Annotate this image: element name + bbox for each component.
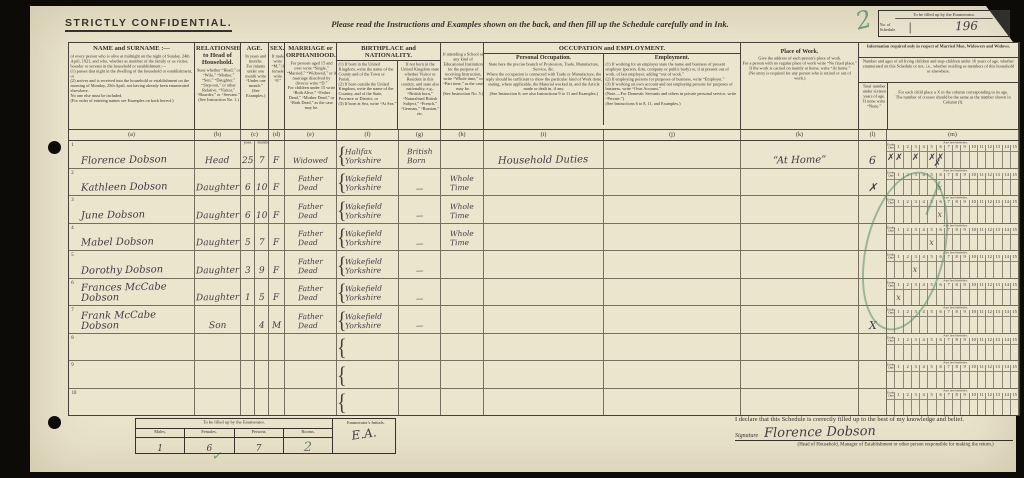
- place-of-work-cell: [741, 389, 859, 416]
- age-number-cell: 9: [961, 338, 969, 344]
- nationality-cell: —: [399, 251, 441, 278]
- age-number-cell: 6: [937, 283, 945, 289]
- age-number-cell: 11: [978, 310, 986, 316]
- row-number: 2: [71, 170, 73, 175]
- relationship-cell: Daughter: [195, 251, 241, 278]
- age-number-cell: 14: [1003, 310, 1011, 316]
- age-grid-cell: [937, 400, 945, 416]
- age-last-birthday-label: Age last birthday.: [915, 361, 991, 363]
- age-number-cell: 12: [986, 173, 994, 179]
- employment-cell: [604, 251, 741, 278]
- age-years-cell: 6: [241, 196, 255, 223]
- handwritten-entry: British Born: [407, 147, 433, 166]
- age-grid-cell: [895, 345, 903, 361]
- age-grid-cell: [1003, 317, 1011, 333]
- age-grid-cell: [1011, 400, 1018, 416]
- age-grid-cell: [912, 372, 920, 388]
- handwritten-entry: Father Dead: [298, 284, 323, 303]
- age-grid-cell: [978, 180, 986, 196]
- age-grid-cell: [970, 207, 978, 223]
- handwritten-entry: Florence Dobson: [81, 155, 167, 166]
- age-number-cell: 5: [928, 310, 936, 316]
- relationship-cell: [195, 389, 241, 416]
- age-number-cell: 12: [986, 393, 994, 399]
- handwritten-entry: 6: [245, 211, 251, 220]
- age-number-cell: 10: [970, 145, 978, 151]
- col-total-children-header: Total number under sixteen years of age.…: [859, 83, 888, 129]
- place-of-work-cell: [741, 279, 859, 306]
- handwritten-entry: F: [273, 184, 279, 193]
- birthplace-cell: {Wakefield Yorkshire: [337, 306, 399, 333]
- signature-note: (Head of Household, Manager of Establish…: [798, 441, 951, 447]
- age-number-cell: 2: [904, 145, 912, 151]
- sex-cell: M: [269, 306, 285, 333]
- age-grid-cell: [953, 207, 961, 223]
- age-number-cell: 10: [970, 338, 978, 344]
- handwritten-entry: M: [272, 321, 281, 330]
- age-grid-cell: [1003, 207, 1011, 223]
- under-one-cell: Under One: [887, 173, 895, 179]
- age-grid-cell: [994, 262, 1002, 278]
- age-grid-cell: [994, 345, 1002, 361]
- place-of-work-cell: [741, 196, 859, 223]
- col-occupation-header: Personal Occupation. State here the prec…: [484, 54, 604, 125]
- age-grid-cell: [895, 400, 903, 416]
- total-children-cell: ✗: [859, 169, 887, 196]
- age-number-cell: 15: [1011, 255, 1018, 261]
- col-place-of-work-header: Place of Work. Give the address of each …: [741, 43, 859, 129]
- schedule-row: 9{Age last birthday.Under One12345678910…: [69, 361, 1019, 389]
- age-grid-cell: [986, 207, 994, 223]
- employment-cell: [604, 169, 741, 196]
- handwritten-entry: 25: [242, 156, 254, 165]
- age-number-cell: 8: [953, 228, 961, 234]
- handwritten-entry: Whole Time: [450, 229, 474, 248]
- age-number-cell: 3: [912, 393, 920, 399]
- age-grid-cell: [1011, 235, 1018, 251]
- handwritten-entry: Head: [205, 156, 229, 165]
- age-grid-cell: [961, 400, 969, 416]
- handwritten-entry: Widowed: [293, 156, 328, 166]
- marriage-cell: Widowed: [285, 141, 337, 168]
- age-number-cell: 8: [953, 310, 961, 316]
- age-grid-cell: [887, 372, 895, 388]
- age-grid-cell: [912, 345, 920, 361]
- handwritten-entry: F: [273, 294, 279, 303]
- handwritten-entry: Wakefield Yorkshire: [345, 174, 382, 193]
- printed-brace: {: [337, 364, 347, 387]
- age-number-cell: 13: [994, 310, 1002, 316]
- age-number-cell: 9: [961, 365, 969, 371]
- age-number-cell: 8: [953, 200, 961, 206]
- age-number-cell: 8: [953, 145, 961, 151]
- handwritten-entry: 6: [245, 184, 251, 193]
- age-grid-cell: [994, 290, 1002, 306]
- handwritten-entry: Daughter: [196, 294, 239, 304]
- age-grid-cell: [970, 262, 978, 278]
- age-grid-cell: [937, 290, 945, 306]
- handwritten-entry: Father Dead: [298, 257, 323, 276]
- children-age-grid: Age last birthday.Under One1234567891011…: [887, 361, 1019, 388]
- age-grid-body: ✗✗✗✗✗✗: [887, 152, 1018, 168]
- handwritten-entry: 4: [259, 321, 265, 330]
- birthplace-cell: {: [337, 334, 399, 361]
- summary-value-cell: 7: [235, 438, 284, 453]
- age-number-cell: 7: [945, 255, 953, 261]
- age-number-cell: 5: [928, 145, 936, 151]
- age-years-cell: years.25: [241, 141, 255, 168]
- age-grid-cell: [928, 400, 936, 416]
- sex-cell: F: [269, 251, 285, 278]
- sex-cell: F: [269, 141, 285, 168]
- age-grid-header: Age last birthday.Under One1234567891011…: [887, 141, 1018, 152]
- age-grid-cell: [978, 317, 986, 333]
- handwritten-entry: —: [416, 294, 424, 304]
- age-grid-cell: [978, 372, 986, 388]
- age-number-cell: 12: [986, 255, 994, 261]
- handwritten-entry: 10: [256, 211, 268, 220]
- handwritten-entry: Dorothy Dobson: [81, 265, 163, 276]
- summary-col-header: Females.: [185, 429, 234, 437]
- age-years-cell: [241, 389, 255, 416]
- handwritten-entry: “At Home”: [773, 155, 826, 166]
- age-number-cell: 14: [1003, 228, 1011, 234]
- age-number-cell: 7: [945, 145, 953, 151]
- age-number-cell: 13: [994, 255, 1002, 261]
- handwritten-entry: June Dobson: [81, 210, 145, 221]
- age-last-birthday-label: Age last birthday.: [915, 169, 991, 171]
- age-number-cell: 7: [945, 365, 953, 371]
- handwritten-entry: Mabel Dobson: [81, 237, 154, 248]
- age-grid-cell: [895, 372, 903, 388]
- row-number: 6: [71, 280, 73, 285]
- age-grid-cell: [961, 207, 969, 223]
- age-number-cell: 9: [961, 145, 969, 151]
- name-cell: 6Frances McCabe Dobson: [69, 279, 195, 306]
- age-number-cell: 2: [904, 393, 912, 399]
- age-grid-cell: [994, 317, 1002, 333]
- census-photo: { "palette":{"paper":"#ebe5cd","ink":"#3…: [0, 0, 1024, 478]
- age-grid-cell: [978, 152, 986, 168]
- col-employment-header: Employment. (1) If working for an employ…: [604, 54, 740, 125]
- birthplace-cell: {Wakefield Yorkshire: [337, 279, 399, 306]
- enumerator-initials-label: Enumerator's Initials.: [347, 419, 381, 425]
- age-grid-cell: [986, 372, 994, 388]
- name-cell: 10: [69, 389, 195, 416]
- age-number-cell: 15: [1011, 393, 1018, 399]
- age-grid-cell: [1003, 152, 1011, 168]
- age-grid-cell: [986, 290, 994, 306]
- age-number-cell: 9: [961, 255, 969, 261]
- age-grid-cell: [928, 372, 936, 388]
- age-number-cell: 5: [928, 393, 936, 399]
- age-number-cell: 14: [1003, 283, 1011, 289]
- age-grid-cell: [953, 152, 961, 168]
- row-number: 10: [72, 390, 77, 395]
- printed-brace: {: [337, 337, 347, 360]
- age-last-birthday-label: Age last birthday.: [915, 306, 991, 308]
- child-age-cross: ✗: [912, 153, 920, 163]
- age-grid-cell: [945, 262, 953, 278]
- age-grid-cell: [1003, 345, 1011, 361]
- child-age-cross: ✗: [895, 153, 903, 163]
- row-number: 5: [71, 253, 73, 258]
- name-cell: 9: [69, 361, 195, 388]
- handwritten-entry: 10: [256, 184, 268, 193]
- age-number-cell: 8: [953, 338, 961, 344]
- age-number-cell: 4: [920, 393, 928, 399]
- age-number-cell: 11: [978, 393, 986, 399]
- birthplace-cell: {Halifax Yorkshire: [337, 141, 399, 168]
- column-letters-row: (a) (b) (c) (d) (e) (f) (g) (h) (i) (j) …: [69, 130, 1019, 141]
- age-number-cell: 3: [912, 145, 920, 151]
- col-birthplace-nationality-header: BIRTHPLACE and NATIONALITY. (1) If born …: [337, 43, 441, 129]
- age-grid-cell: [1011, 152, 1018, 168]
- occupation-cell: [484, 251, 604, 278]
- marriage-cell: [285, 361, 337, 388]
- schedule-row: 2Kathleen DobsonDaughter610FFather Dead{…: [69, 169, 1019, 197]
- handwritten-entry: 7: [259, 239, 265, 248]
- age-number-cell: 2: [904, 338, 912, 344]
- age-grid-cell: [961, 345, 969, 361]
- handwritten-entry: 7: [259, 156, 265, 165]
- summary-col-header: Persons.: [235, 429, 284, 437]
- summary-value-cell: 1: [136, 438, 185, 453]
- under-one-cell: Under One: [887, 365, 895, 371]
- age-number-cell: 9: [961, 393, 969, 399]
- enumerator-summary-title: To be filled up by the Enumerator.: [185, 419, 283, 425]
- employment-cell: [604, 306, 741, 333]
- age-number-cell: 6: [937, 365, 945, 371]
- age-number-cell: 8: [953, 365, 961, 371]
- handwritten-entry: —: [416, 211, 424, 221]
- age-number-cell: 15: [1011, 228, 1018, 234]
- age-number-cell: 11: [978, 145, 986, 151]
- occupation-cell: [484, 196, 604, 223]
- handwritten-entry: —: [416, 266, 424, 276]
- col-children-header: Information required only in respect of …: [859, 43, 1019, 129]
- nationality-cell: —: [399, 196, 441, 223]
- birthplace-cell: {Wakefield Yorkshire: [337, 169, 399, 196]
- handwritten-entry: Daughter: [196, 184, 239, 194]
- col-children-ages-header: For each child place a X in the column c…: [888, 83, 1018, 129]
- handwritten-entry: Household Duties: [498, 155, 588, 167]
- age-grid-cell: [986, 180, 994, 196]
- handwritten-entry: 9: [259, 266, 265, 275]
- place-of-work-cell: [741, 251, 859, 278]
- age-number-cell: 4: [920, 365, 928, 371]
- birthplace-cell: {Wakefield Yorkshire: [337, 251, 399, 278]
- age-grid-cell: [1011, 262, 1018, 278]
- handwritten-entry: 1: [245, 294, 251, 303]
- age-grid-cell: [920, 372, 928, 388]
- age-number-cell: 14: [1003, 365, 1011, 371]
- age-number-cell: 1: [895, 338, 903, 344]
- handwritten-entry: —: [416, 184, 424, 194]
- handwritten-entry: ✗: [868, 182, 877, 193]
- handwritten-entry: Frank McCabe Dobson: [81, 310, 194, 332]
- age-years-cell: 1: [241, 279, 255, 306]
- schedule-number-value: 196: [924, 19, 1009, 36]
- handwritten-entry: 6: [207, 444, 213, 454]
- occupation-cell: [484, 334, 604, 361]
- employment-cell: [604, 224, 741, 251]
- summary-value-cell: 6: [185, 438, 234, 453]
- age-number-cell: 1: [895, 365, 903, 371]
- age-grid-cell: [937, 372, 945, 388]
- name-cell: 5Dorothy Dobson: [69, 251, 195, 278]
- age-grid-cell: [1011, 317, 1018, 333]
- age-grid-body: [887, 372, 1018, 388]
- handwritten-entry: Wakefield Yorkshire: [345, 229, 382, 248]
- occupation-cell: [484, 389, 604, 416]
- education-cell: [441, 251, 484, 278]
- name-cell: 7Frank McCabe Dobson: [69, 306, 195, 333]
- age-number-cell: 10: [970, 393, 978, 399]
- age-grid-cell: [945, 317, 953, 333]
- enumerator-summary-headers: Males.Females.Persons.Rooms.: [136, 429, 332, 438]
- handwritten-entry: Frances McCabe Dobson: [81, 282, 194, 304]
- age-number-cell: 8: [953, 173, 961, 179]
- child-age-cross: ✗: [934, 159, 942, 169]
- children-age-grid: Age last birthday.Under One1234567891011…: [887, 141, 1019, 168]
- enumerator-summary-table: To be filled up by the Enumerator. Males…: [135, 418, 333, 454]
- relationship-cell: Son: [195, 306, 241, 333]
- children-age-grid: Age last birthday.Under One1234567891011…: [887, 334, 1019, 361]
- age-grid-cell: [994, 207, 1002, 223]
- occupation-cell: [484, 279, 604, 306]
- age-years-label: years.: [243, 141, 251, 145]
- age-number-cell: 13: [994, 365, 1002, 371]
- nationality-cell: —: [399, 279, 441, 306]
- birthplace-cell: {Wakefield Yorkshire: [337, 196, 399, 223]
- age-grid-cell: [961, 235, 969, 251]
- summary-col-header: Males.: [136, 429, 185, 437]
- age-number-cell: 11: [978, 228, 986, 234]
- row-number: 1: [71, 143, 73, 148]
- age-number-cell: 14: [1003, 255, 1011, 261]
- age-grid-cell: [904, 152, 912, 168]
- nationality-cell: —: [399, 306, 441, 333]
- age-grid-cell: [1003, 235, 1011, 251]
- age-number-cell: 6: [937, 145, 945, 151]
- place-of-work-cell: [741, 306, 859, 333]
- age-grid-cell: [961, 290, 969, 306]
- child-age-cross: ✗: [887, 153, 895, 163]
- age-number-cell: 11: [978, 255, 986, 261]
- age-grid-cell: [970, 180, 978, 196]
- handwritten-entry: 5: [245, 239, 251, 248]
- age-number-cell: 9: [961, 228, 969, 234]
- col-age-header: AGE. In years and months. For infants un…: [241, 43, 269, 129]
- employment-cell: [604, 389, 741, 416]
- age-grid-cell: [887, 345, 895, 361]
- age-grid-cell: [1011, 180, 1018, 196]
- age-grid-header: Age last birthday.Under One1234567891011…: [887, 334, 1018, 345]
- age-last-birthday-label: Age last birthday.: [915, 389, 991, 391]
- employment-cell: [604, 361, 741, 388]
- age-grid-cell: [994, 152, 1002, 168]
- declaration-block: I declare that this Schedule is correctl…: [735, 416, 1013, 449]
- age-number-cell: 11: [978, 200, 986, 206]
- handwritten-entry: Son: [209, 321, 227, 330]
- employment-cell: [604, 279, 741, 306]
- schedule-box-title: To be filled up by the Enumerator.: [895, 12, 993, 19]
- age-grid-cell: [928, 345, 936, 361]
- nationality-cell: —: [399, 224, 441, 251]
- age-grid-cell: [904, 372, 912, 388]
- row-number: 3: [71, 198, 73, 203]
- marriage-cell: Father Dead: [285, 196, 337, 223]
- age-number-cell: 15: [1011, 338, 1018, 344]
- col-birthplace-header: (1) If born in the United Kingdom, write…: [337, 61, 398, 129]
- age-years-cell: [241, 361, 255, 388]
- col-nationality-header: If not born in the United Kingdom state …: [398, 61, 440, 129]
- age-number-cell: 11: [978, 283, 986, 289]
- age-grid-cell: [986, 152, 994, 168]
- age-number-cell: 8: [953, 393, 961, 399]
- sex-cell: F: [269, 224, 285, 251]
- marriage-cell: Father Dead: [285, 169, 337, 196]
- summary-col-header: Rooms.: [284, 429, 332, 437]
- census-schedule-paper: STRICTLY CONFIDENTIAL. Please read the I…: [30, 6, 1016, 472]
- occupation-cell: Household Duties: [484, 141, 604, 168]
- place-of-work-cell: “At Home”: [741, 141, 859, 168]
- total-children-cell: [859, 361, 887, 388]
- age-grid-cell: [904, 400, 912, 416]
- age-months-cell: [255, 389, 269, 416]
- occupation-cell: [484, 224, 604, 251]
- enumerator-summary: To be filled up by the Enumerator. Males…: [135, 418, 396, 454]
- occupation-cell: [484, 361, 604, 388]
- age-months-cell: 10: [255, 196, 269, 223]
- age-grid-cell: [1003, 262, 1011, 278]
- punch-hole: [48, 416, 61, 429]
- sex-cell: F: [269, 196, 285, 223]
- age-months-cell: 7: [255, 224, 269, 251]
- age-grid-cell: [1003, 180, 1011, 196]
- sex-cell: [269, 389, 285, 416]
- age-grid-cell: [953, 372, 961, 388]
- age-number-cell: 12: [986, 145, 994, 151]
- age-number-cell: 6: [937, 310, 945, 316]
- age-number-cell: 15: [1011, 145, 1018, 151]
- age-number-cell: 4: [920, 145, 928, 151]
- age-grid-cell: [970, 345, 978, 361]
- age-number-cell: 12: [986, 365, 994, 371]
- age-number-cell: 5: [928, 338, 936, 344]
- age-number-cell: 12: [986, 338, 994, 344]
- age-grid-cell: [978, 235, 986, 251]
- age-number-cell: 11: [978, 173, 986, 179]
- age-number-cell: 6: [937, 393, 945, 399]
- instruction-line: Please read the Instructions and Example…: [270, 19, 790, 29]
- age-months-cell: [255, 334, 269, 361]
- age-grid-cell: [986, 345, 994, 361]
- handwritten-entry: 1: [157, 444, 163, 454]
- schedule-number-label: No. of Schedule.: [879, 22, 911, 33]
- age-number-cell: 6: [937, 173, 945, 179]
- age-number-cell: 11: [978, 338, 986, 344]
- age-number-cell: 13: [994, 283, 1002, 289]
- age-grid-cell: [978, 290, 986, 306]
- age-grid-cell: [928, 317, 936, 333]
- age-number-cell: 13: [994, 200, 1002, 206]
- confidential-heading: STRICTLY CONFIDENTIAL.: [65, 17, 232, 32]
- relationship-cell: Daughter: [195, 196, 241, 223]
- col-education-header: If attending a School or any kind of Edu…: [441, 43, 484, 129]
- age-grid-cell: ✗: [887, 152, 895, 168]
